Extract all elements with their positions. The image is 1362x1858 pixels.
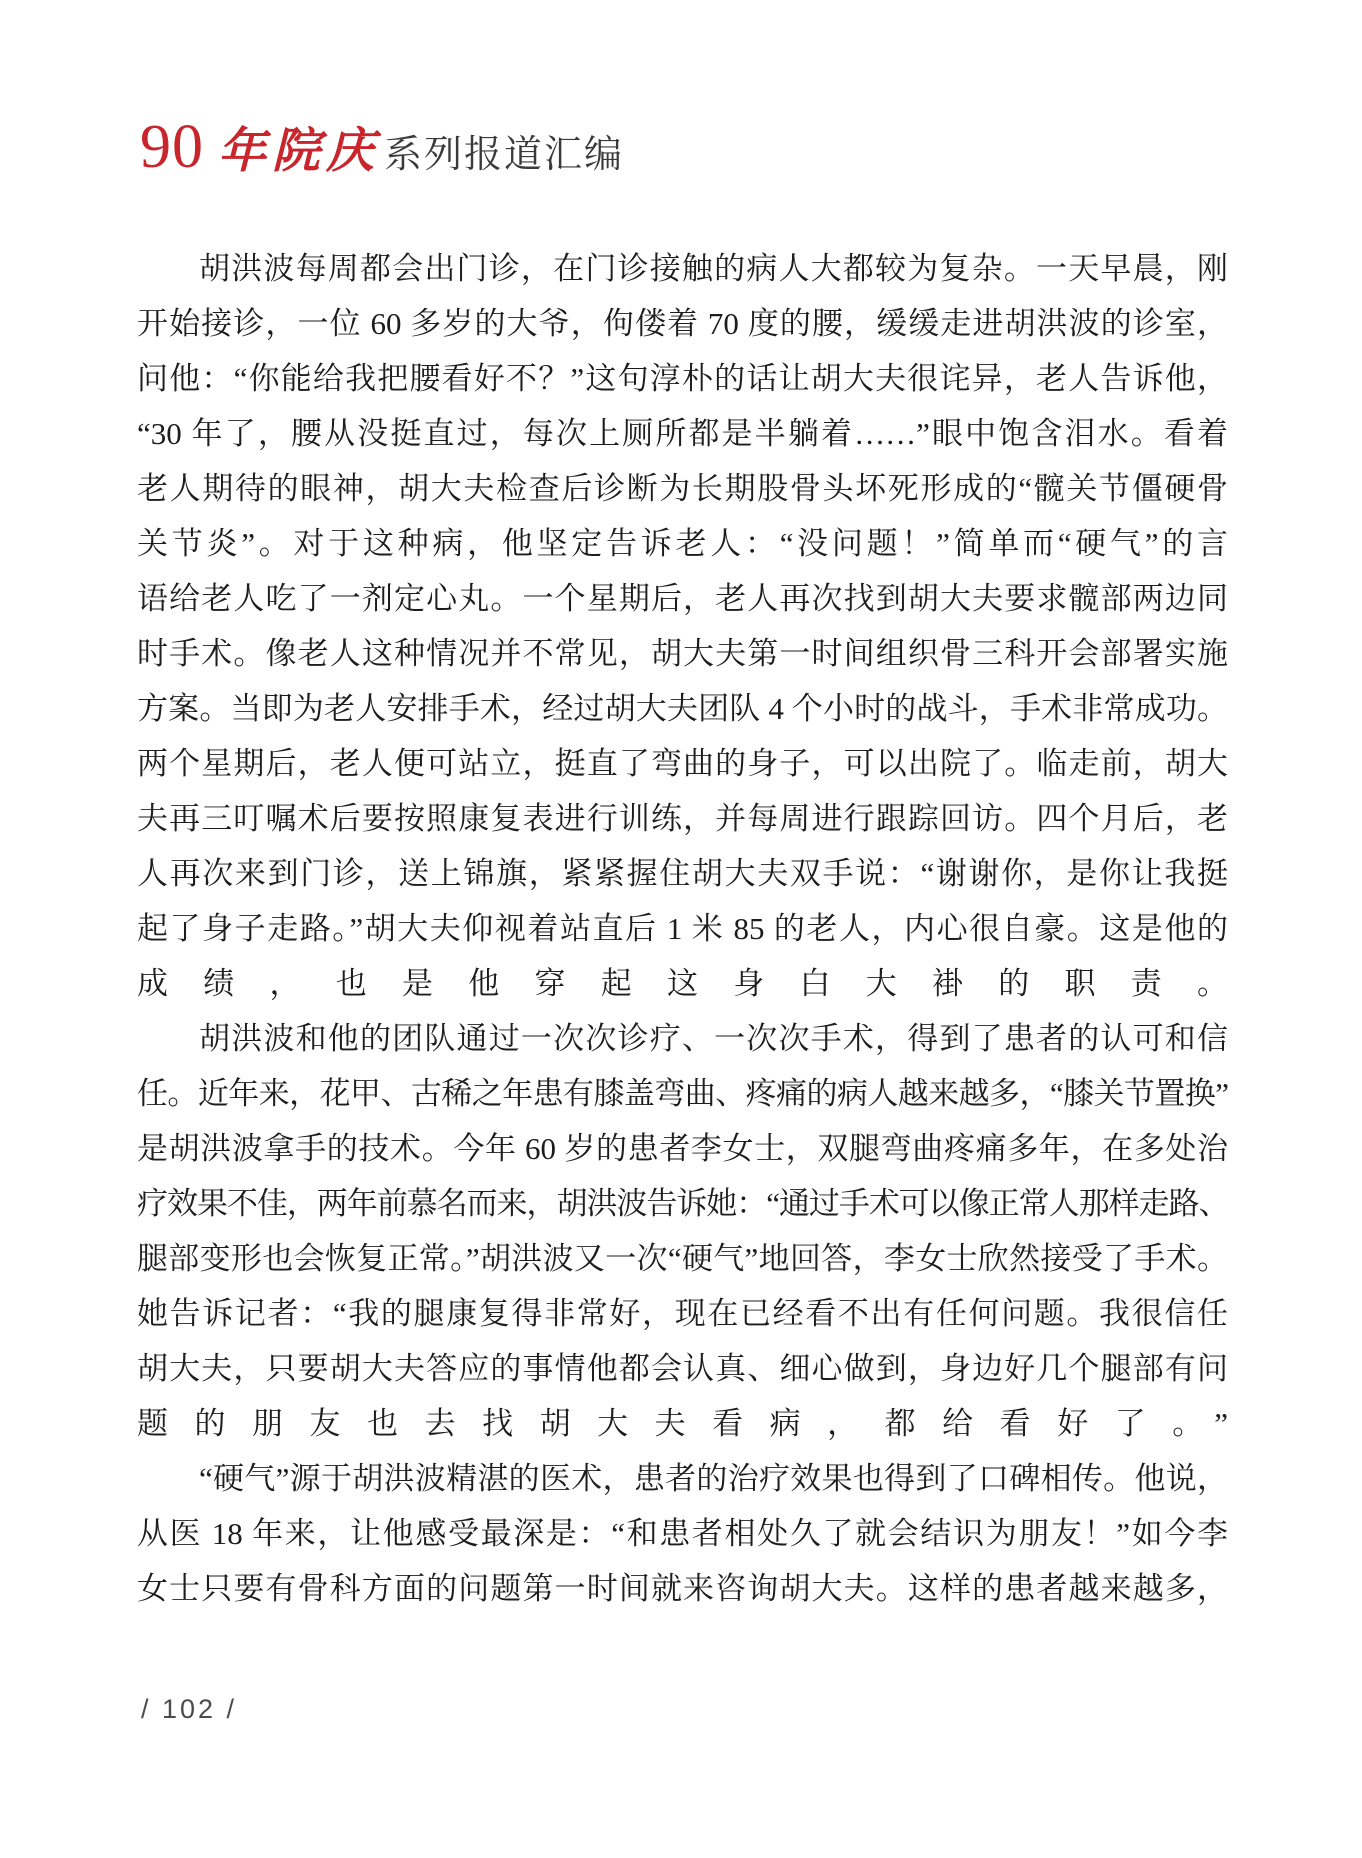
text-line: 胡洪波和他的团队通过一次次诊疗、一次次手术，得到了患者的认可和信 — [137, 1011, 1228, 1066]
text-line: 疗效果不佳，两年前慕名而来，胡洪波告诉她：“通过手术可以像正常人那样走路、 — [137, 1176, 1228, 1231]
text-line: 是胡洪波拿手的技术。今年 60 岁的患者李女士，双腿弯曲疼痛多年，在多处治 — [137, 1121, 1228, 1176]
text-line: 夫再三叮嘱术后要按照康复表进行训练，并每周进行跟踪回访。四个月后，老 — [137, 791, 1228, 846]
text-line: “30 年了，腰从没挺直过，每次上厕所都是半躺着……”眼中饱含泪水。看着 — [137, 406, 1228, 461]
header-anniversary-number: 90 — [140, 112, 204, 183]
page-number: / 102 / — [141, 1694, 237, 1725]
text-line: 人再次来到门诊，送上锦旗，紧紧握住胡大夫双手说：“谢谢你，是你让我挺 — [137, 846, 1228, 901]
text-line: 时手术。像老人这种情况并不常见，胡大夫第一时间组织骨三科开会部署实施 — [137, 626, 1228, 681]
text-line: 起了身子走路。”胡大夫仰视着站直后 1 米 85 的老人，内心很自豪。这是他的 — [137, 901, 1228, 956]
text-line: 任。近年来，花甲、古稀之年患有膝盖弯曲、疼痛的病人越来越多，“膝关节置换” — [137, 1066, 1228, 1121]
text-line: 方案。当即为老人安排手术，经过胡大夫团队 4 个小时的战斗，手术非常成功。 — [137, 681, 1228, 736]
text-line: 两个星期后，老人便可站立，挺直了弯曲的身子，可以出院了。临走前，胡大 — [137, 736, 1228, 791]
text-line: 腿部变形也会恢复正常。”胡洪波又一次“硬气”地回答，李女士欣然接受了手术。 — [137, 1231, 1228, 1286]
text-line: 关节炎”。对于这种病，他坚定告诉老人：“没问题！”简单而“硬气”的言 — [137, 516, 1228, 571]
document-page: 90 年院庆 系列报道汇编 胡洪波每周都会出门诊，在门诊接触的病人大都较为复杂。… — [0, 0, 1362, 1858]
text-line: “硬气”源于胡洪波精湛的医术，患者的治疗效果也得到了口碑相传。他说， — [137, 1451, 1228, 1506]
text-line: 成绩，也是他穿起这身白大褂的职责。 — [137, 956, 1228, 1011]
text-line: 开始接诊，一位 60 多岁的大爷，佝偻着 70 度的腰，缓缓走进胡洪波的诊室， — [137, 296, 1228, 351]
text-line: 胡大夫，只要胡大夫答应的事情他都会认真、细心做到，身边好几个腿部有问 — [137, 1341, 1228, 1396]
article-body: 胡洪波每周都会出门诊，在门诊接触的病人大都较为复杂。一天早晨，刚开始接诊，一位 … — [137, 241, 1228, 1616]
page-header: 90 年院庆 系列报道汇编 — [140, 112, 624, 183]
header-series-label: 系列报道汇编 — [384, 123, 624, 178]
text-line: 问他：“你能给我把腰看好不？”这句淳朴的话让胡大夫很诧异，老人告诉他， — [137, 351, 1228, 406]
text-line: 老人期待的眼神，胡大夫检查后诊断为长期股骨头坏死形成的“髋关节僵硬骨 — [137, 461, 1228, 516]
text-line: 从医 18 年来，让他感受最深是：“和患者相处久了就会结识为朋友！”如今李 — [137, 1506, 1228, 1561]
text-line: 女士只要有骨科方面的问题第一时间就来咨询胡大夫。这样的患者越来越多， — [137, 1561, 1228, 1616]
header-anniversary-label: 年院庆 — [218, 112, 380, 181]
text-line: 语给老人吃了一剂定心丸。一个星期后，老人再次找到胡大夫要求髋部两边同 — [137, 571, 1228, 626]
text-line: 胡洪波每周都会出门诊，在门诊接触的病人大都较为复杂。一天早晨，刚 — [137, 241, 1228, 296]
text-line: 题的朋友也去找胡大夫看病，都给看好了。” — [137, 1396, 1228, 1451]
text-line: 她告诉记者：“我的腿康复得非常好，现在已经看不出有任何问题。我很信任 — [137, 1286, 1228, 1341]
